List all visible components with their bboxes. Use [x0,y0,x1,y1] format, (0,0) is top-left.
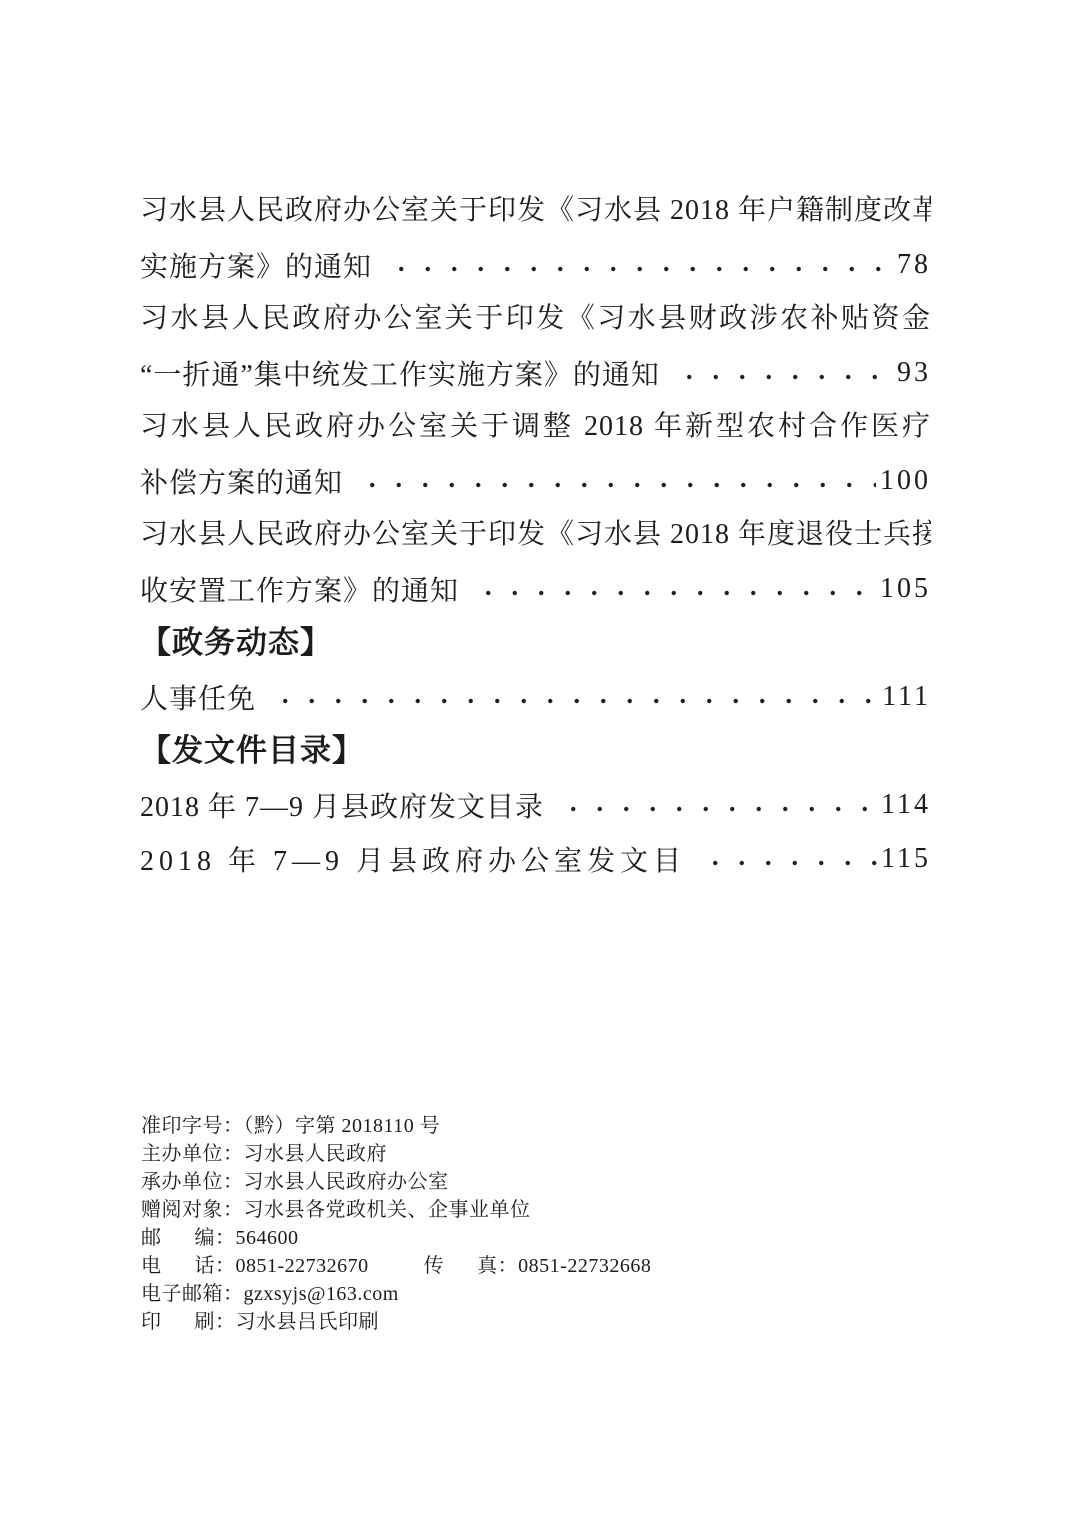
toc-entry-row: 收安置工作方案》的通知 105 [140,562,931,616]
toc-entry-row: 2018 年 7—9 月县政府发文目录 114 [140,778,931,832]
dot-leader [353,476,876,494]
colophon-line-email: 电子邮箱：gzxsyjs@163.com [141,1280,901,1308]
colophon-line-sponsor: 主办单位：习水县人民政府 [141,1140,901,1168]
toc-entry-title-line2: 实施方案》的通知 [140,245,372,285]
toc-entry-row: 2018 年 7—9 月县政府办公室发文目 115 [140,832,931,886]
dot-leader [382,260,893,278]
toc-entry-title-line2: 收安置工作方案》的通知 [140,569,459,609]
colophon-line-organizer: 承办单位：习水县人民政府办公室 [141,1168,901,1196]
dot-leader [469,584,876,602]
colophon-line-recipients: 赠阅对象：习水县各党政机关、企事业单位 [141,1196,901,1224]
toc-entry-title-line2: 补偿方案的通知 [140,461,343,501]
toc-page-number: 78 [897,249,931,281]
colophon-line-permit-number: 准印字号：（黔）字第 2018110 号 [141,1112,901,1140]
toc-page-number: 100 [880,465,931,497]
toc-entry-title-line1: 习水县人民政府办公室关于印发《习水县 2018 年度退役士兵接 [140,508,931,562]
dot-leader [554,800,877,818]
colophon-line-printer: 印 刷：习水县吕氏印刷 [141,1308,901,1336]
table-of-contents: 习水县人民政府办公室关于印发《习水县 2018 年户籍制度改革 实施方案》的通知… [140,184,931,886]
toc-entry-title: 2018 年 7—9 月县政府办公室发文目 [140,839,686,879]
dot-leader [670,368,893,386]
toc-page-number: 93 [897,357,931,389]
toc-entry-row: 实施方案》的通知 78 [140,238,931,292]
toc-page-number: 105 [880,573,931,605]
dot-leader [696,854,877,872]
toc-entry-title: 2018 年 7—9 月县政府发文目录 [140,785,544,825]
toc-page-number: 115 [881,843,931,875]
colophon: 准印字号：（黔）字第 2018110 号 主办单位：习水县人民政府 承办单位：习… [141,1112,901,1336]
dot-leader [266,692,878,710]
toc-page-number: 111 [882,681,931,713]
colophon-line-phone-fax: 电 话：0851-22732670 传 真：0851-22732668 [141,1252,901,1280]
toc-entry-title-line1: 习水县人民政府办公室关于印发《习水县 2018 年户籍制度改革 [140,184,931,238]
section-heading-government-affairs: 【政务动态】 [140,616,931,670]
toc-entry-row: 人事任免 111 [140,670,931,724]
section-heading-issued-documents: 【发文件目录】 [140,724,931,778]
gazette-toc-page: 习水县人民政府办公室关于印发《习水县 2018 年户籍制度改革 实施方案》的通知… [0,0,1074,1520]
toc-entry-title-line1: 习水县人民政府办公室关于印发《习水县财政涉农补贴资金 [140,292,931,346]
toc-entry-row: 补偿方案的通知 100 [140,454,931,508]
toc-entry-row: “一折通”集中统发工作实施方案》的通知 93 [140,346,931,400]
toc-entry-title-line2: “一折通”集中统发工作实施方案》的通知 [140,353,660,393]
toc-entry-title-line1: 习水县人民政府办公室关于调整 2018 年新型农村合作医疗 [140,400,931,454]
toc-page-number: 114 [881,789,931,821]
colophon-line-postcode: 邮 编：564600 [141,1224,901,1252]
toc-entry-title: 人事任免 [140,677,256,717]
